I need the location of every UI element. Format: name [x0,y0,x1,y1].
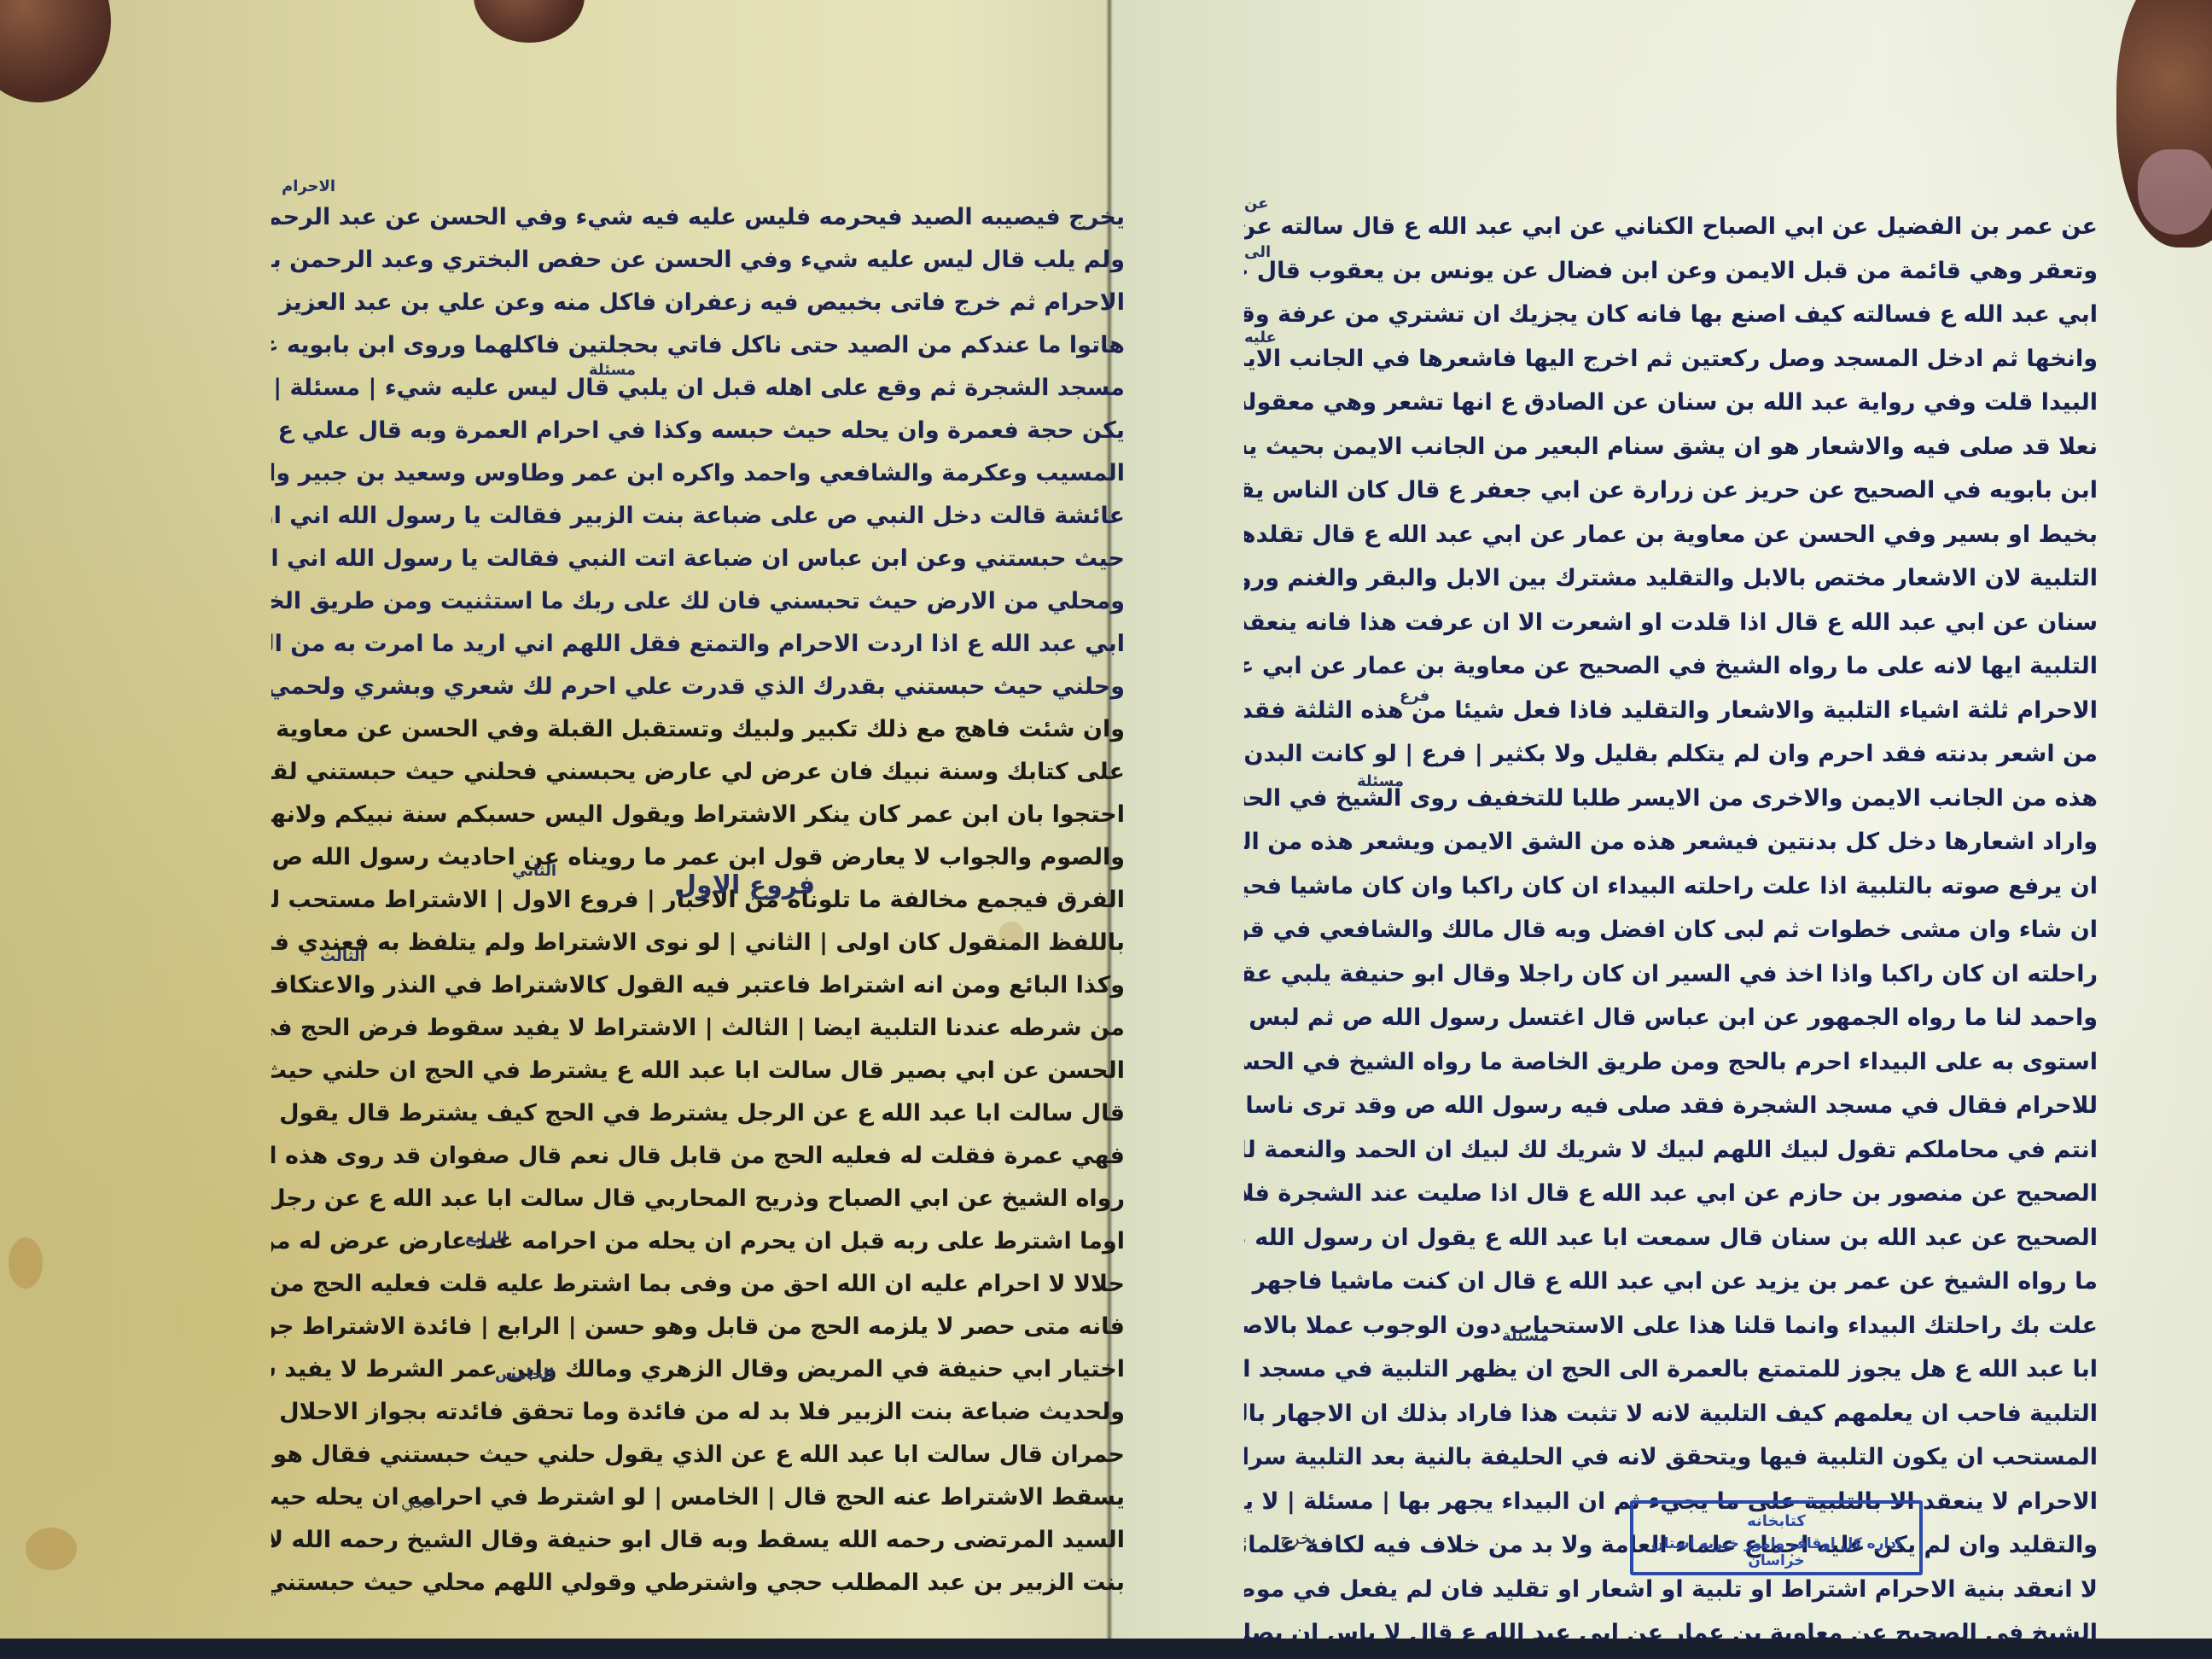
text-line: فانه متى حصر لا يلزمه الحج من قابل وهو ح… [271,1306,1125,1348]
text-line: من اشعر بدنته فقد احرم وان لم يتكلم بقلي… [1244,732,2098,777]
rubric-far: فرع [1400,687,1429,705]
margin-note: عليه [1244,329,1277,346]
text-line: السيد المرتضى رحمه الله يسقط وبه قال ابو… [271,1519,1125,1562]
text-line: ابي عبد الله ع اذا اردت الاحرام والتمتع … [271,623,1125,666]
catchword-right: يخرج [1280,1528,1316,1548]
text-line: احتجوا بان ابن عمر كان ينكر الاشتراط ويق… [271,794,1125,836]
text-line: البيدا قلت وفي رواية عبد الله بن سنان عن… [1244,381,2098,425]
text-line: حيث حبستني وعن ابن عباس ان ضباعة اتت الن… [271,538,1125,580]
margin-note: الى [1244,243,1271,261]
text-line: الاحرام ثم خرج فاتى بخبيص فيه زعفران فاك… [271,282,1125,324]
text-line: الاحرام ثلثة اشياء التلبية والاشعار والت… [1244,689,2098,733]
text-line: واحمد لنا ما رواه الجمهور عن ابن عباس قا… [1244,996,2098,1040]
text-line: يكن حجة فعمرة وان يحله حيث حبسه وكذا في … [271,410,1125,452]
text-line: واراد اشعارها دخل كل بدنتين فيشعر هذه من… [1244,820,2098,864]
rubric-masala-right: مسئلة [1357,772,1404,790]
text-line: ولحديث ضباعة بنت الزبير فلا بد له من فائ… [271,1391,1125,1434]
text-line: وانخها ثم ادخل المسجد وصل ركعتين ثم اخرج… [1244,337,2098,381]
text-line: هاتوا ما عندكم من الصيد حتى ناكل فاتي بح… [271,324,1125,367]
stamp-line-1: كتابخانه [1633,1512,1919,1530]
text-line: بخيط او بسير وفي الحسن عن معاوية بن عمار… [1244,513,2098,557]
text-line: انتم في محاملكم تقول لبيك اللهم لبيك لا … [1244,1128,2098,1173]
text-line: وحلني حيث حبستني بقدرك الذي قدرت علي احر… [271,666,1125,708]
text-line: ومحلي من الارض حيث تحبسني فان لك على ربك… [271,580,1125,623]
text-line: رواه الشيخ عن ابي الصباح وذريح المحاربي … [271,1178,1125,1220]
text-line: وان شئت فاهج مع ذلك تكبير ولبيك وتستقبل … [271,708,1125,751]
text-line: قال سالت ابا عبد الله ع عن الرجل يشترط ف… [271,1092,1125,1135]
paper-stain [9,1237,43,1289]
text-line: عن عمر بن الفضيل عن ابي الصباح الكناني ع… [1244,205,2098,249]
manuscript-spread: الاحرام يخرج فيصيبه الصيد فيحرمه فليس عل… [0,0,2212,1659]
text-line: وتعقر وهي قائمة من قبل الايمن وعن ابن فض… [1244,249,2098,294]
text-line: للاحرام فقال في مسجد الشجرة فقد صلى فيه … [1244,1084,2098,1128]
text-line: بنت الزبير بن عبد المطلب حجي واشترطي وقو… [271,1562,1125,1604]
rubric-third: الثالث [320,947,365,965]
text-line: المسيب وعكرمة والشافعي واحمد واكره ابن ع… [271,452,1125,495]
margin-note-top: الاحرام [282,178,335,195]
text-line: التلبية فاحب ان يعلمهم كيف التلبية لانه … [1244,1392,2098,1436]
text-line: فهي عمرة فقلت له فعليه الحج من قابل قال … [271,1135,1125,1178]
text-line: ابا عبد الله ع هل يجوز للمتمتع بالعمرة ا… [1244,1348,2098,1392]
margin-note: عن [1244,195,1269,212]
text-line: ما رواه الشيخ عن عمر بن يزيد عن ابي عبد … [1244,1260,2098,1304]
text-line: المستحب ان يكون التلبية فيها ويتحقق لانه… [1244,1435,2098,1480]
paper-stain [26,1528,77,1570]
text-line: اوما اشترط على ربه قبل ان يحرم ان يحله م… [271,1220,1125,1263]
text-line: الحسن عن ابي بصير قال سالت ابا عبد الله … [271,1050,1125,1092]
text-line: باللفظ المنقول كان اولى | الثاني | لو نو… [271,922,1125,964]
text-line: راحلته ان كان راكبا واذا اخذ في السير ان… [1244,952,2098,997]
text-line: حلالا لا احرام عليه ان الله احق من وفى ب… [271,1263,1125,1306]
thumbnail [2138,149,2212,235]
text-line: ولم يلب قال ليس عليه شيء وفي الحسن عن حف… [271,239,1125,282]
text-line: التلبية لان الاشعار مختص بالابل والتقليد… [1244,556,2098,601]
rubric-masala-right-2: مسئلة [1502,1327,1549,1345]
text-line: الصحيح عن منصور بن حازم عن ابي عبد الله … [1244,1172,2098,1216]
right-page-text: عن عمر بن الفضيل عن ابي الصباح الكناني ع… [1244,205,2098,1656]
rubric-second: الثاني [512,862,556,880]
text-line: وكذا البائع ومن انه اشتراط فاعتبر فيه ال… [271,964,1125,1007]
text-line: حمران قال سالت ابا عبد الله ع عن الذي يق… [271,1434,1125,1476]
text-line: ان يرفع صوته بالتلبية اذا علت راحلته الب… [1244,864,2098,909]
rubric-fourth: الرابع [465,1229,507,1247]
text-line: على كتابك وسنة نبيك فان عرض لي عارض يحبس… [271,751,1125,794]
text-line: علت بك راحلتك البيداء وانما قلنا هذا على… [1244,1304,2098,1348]
table-surface [0,1639,2212,1659]
left-page-text: يخرج فيصيبه الصيد فيحرمه فليس عليه فيه ش… [271,196,1125,1604]
text-line: عائشة قالت دخل النبي ص على ضباعة بنت الز… [271,495,1125,538]
rubric-fifth: الخامس [495,1365,554,1383]
text-line: الصحيح عن عبد الله بن سنان قال سمعت ابا … [1244,1216,2098,1260]
rubric-masala: مسئلة [589,361,636,379]
text-line: ان شاء وان مشى خطوات ثم لبى كان افضل وبه… [1244,908,2098,952]
text-line: استوى به على البيداء احرم بالحج ومن طريق… [1244,1040,2098,1085]
text-line: مسجد الشجرة ثم وقع على اهله قبل ان يلبي … [271,367,1125,410]
text-line: ابي عبد الله ع فسالته كيف اصنع بها فانه … [1244,293,2098,337]
text-line: سنان عن ابي عبد الله ع قال اذا قلدت او ا… [1244,601,2098,645]
text-line: من شرطه عندنا التلبية ايضا | الثالث | ال… [271,1007,1125,1050]
catchword-left: حجي [401,1492,437,1512]
library-stamp: كتابخانه اداره كل اوقاف وامور خيريه استا… [1630,1500,1923,1575]
rubric-furu: فروع الاول [674,870,815,900]
stamp-line-2: اداره كل اوقاف وامور خيريه استان خراسان [1633,1535,1919,1569]
text-line: ابن بابويه في الصحيح عن حريز عن زرارة عن… [1244,469,2098,513]
text-line: يسقط الاشتراط عنه الحج قال | الخامس | لو… [271,1476,1125,1519]
text-line: التلبية ايها لانه على ما رواه الشيخ في ا… [1244,644,2098,689]
text-line: يخرج فيصيبه الصيد فيحرمه فليس عليه فيه ش… [271,196,1125,239]
text-line: اختيار ابي حنيفة في المريض وقال الزهري و… [271,1348,1125,1391]
text-line: نعلا قد صلى فيه والاشعار هو ان يشق سنام … [1244,425,2098,469]
